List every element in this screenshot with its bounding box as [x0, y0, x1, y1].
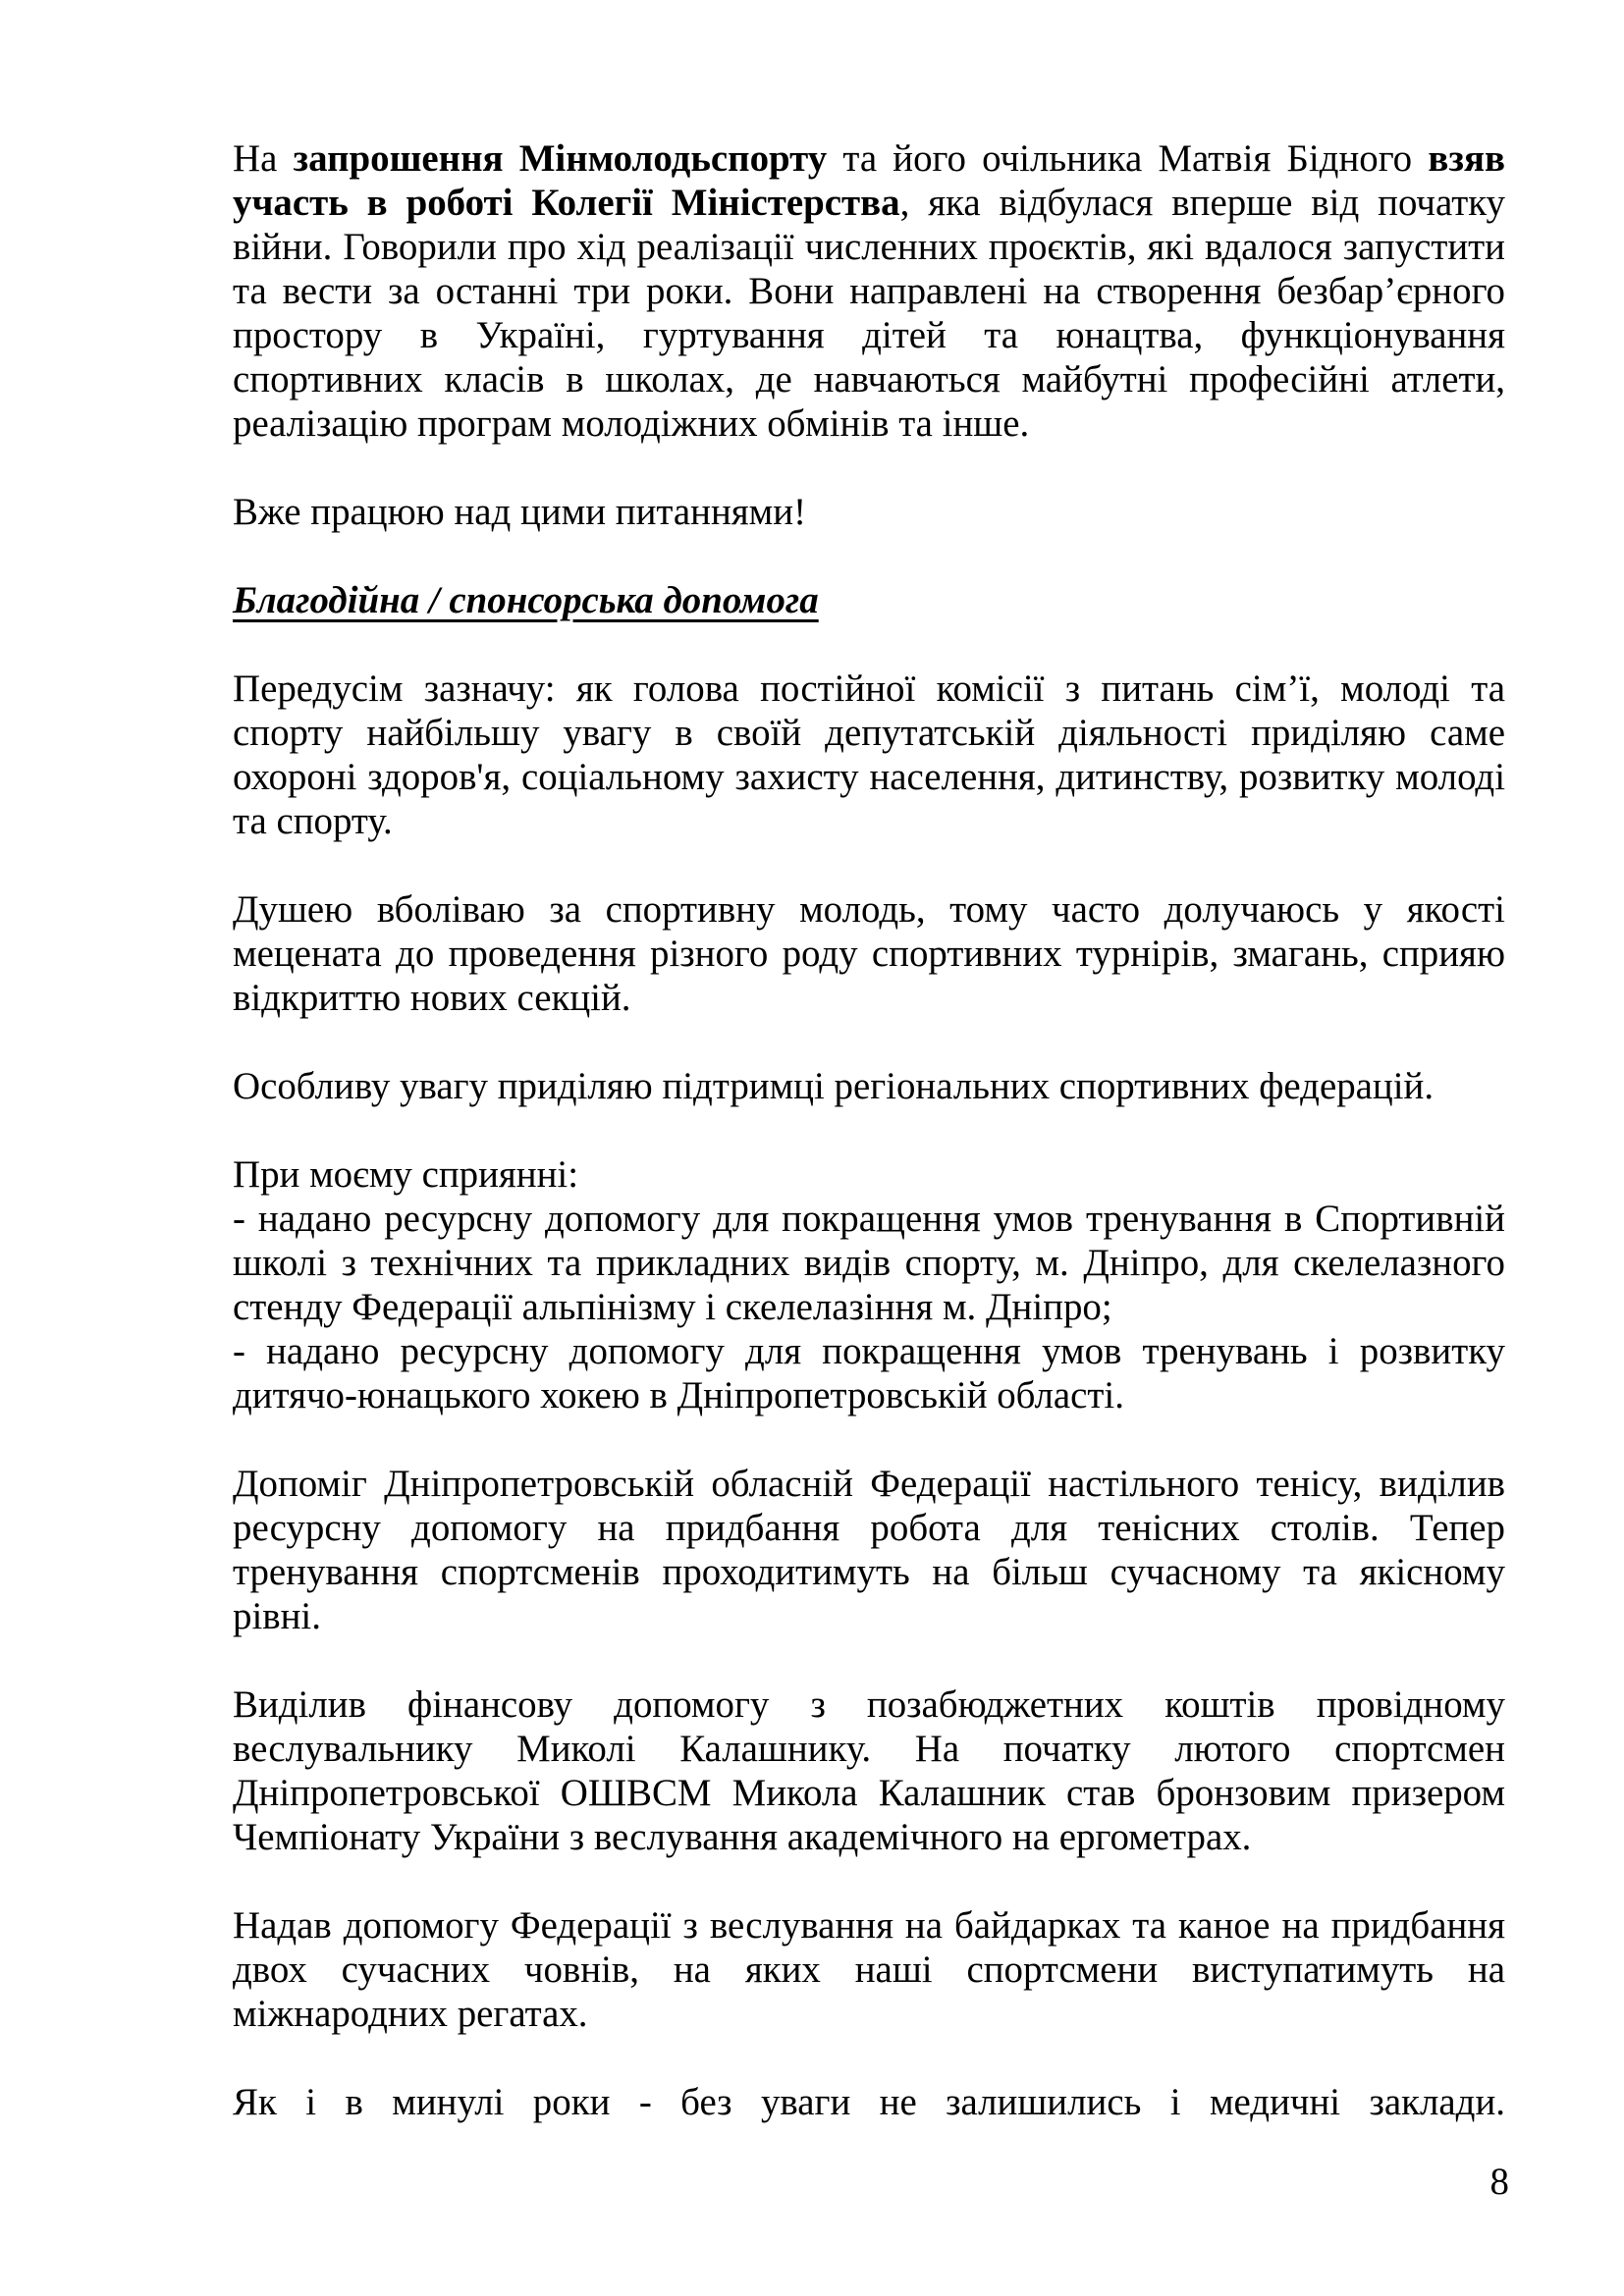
document-page: На запрошення Мінмолодьспорту та його оч… — [0, 0, 1624, 2296]
document-body: На запрошення Мінмолодьспорту та його оч… — [233, 136, 1505, 2124]
paragraph-table-tennis: Допоміг Дніпропетровській обласній Федер… — [233, 1462, 1505, 1638]
text-run: та його очільника Матвія Бідного — [827, 137, 1428, 180]
text-run-bold-invitation: запрошення Мінмолодьспорту — [294, 137, 828, 180]
assistance-item-hockey: - надано ресурсну допомогу для покращенн… — [233, 1329, 1505, 1417]
paragraph-rower: Виділив фінансову допомогу з позабюджетн… — [233, 1682, 1505, 1859]
paragraph-priority: Передусім зазначу: як голова постійної к… — [233, 667, 1505, 843]
paragraph-assistance-intro: При моєму сприянні: — [233, 1152, 1505, 1197]
paragraph-patron: Душею вболіваю за спортивну молодь, тому… — [233, 887, 1505, 1020]
section-heading-charity: Благодійна / спонсорська допомога — [233, 578, 1505, 622]
page-number: 8 — [1313, 2160, 1509, 2204]
paragraph-kayak: Надав допомогу Федерації з веслування на… — [233, 1903, 1505, 2036]
paragraph-federations: Особливу увагу приділяю підтримці регіон… — [233, 1064, 1505, 1108]
paragraph-medical: Як і в минулі роки - без уваги не залиши… — [233, 2080, 1505, 2124]
text-run: На — [233, 137, 294, 180]
assistance-item-climbing: - надано ресурсну допомогу для покращенн… — [233, 1197, 1505, 1329]
paragraph-ministry-meeting: На запрошення Мінмолодьспорту та його оч… — [233, 136, 1505, 446]
paragraph-working-note: Вже працюю над цими питаннями! — [233, 490, 1505, 534]
